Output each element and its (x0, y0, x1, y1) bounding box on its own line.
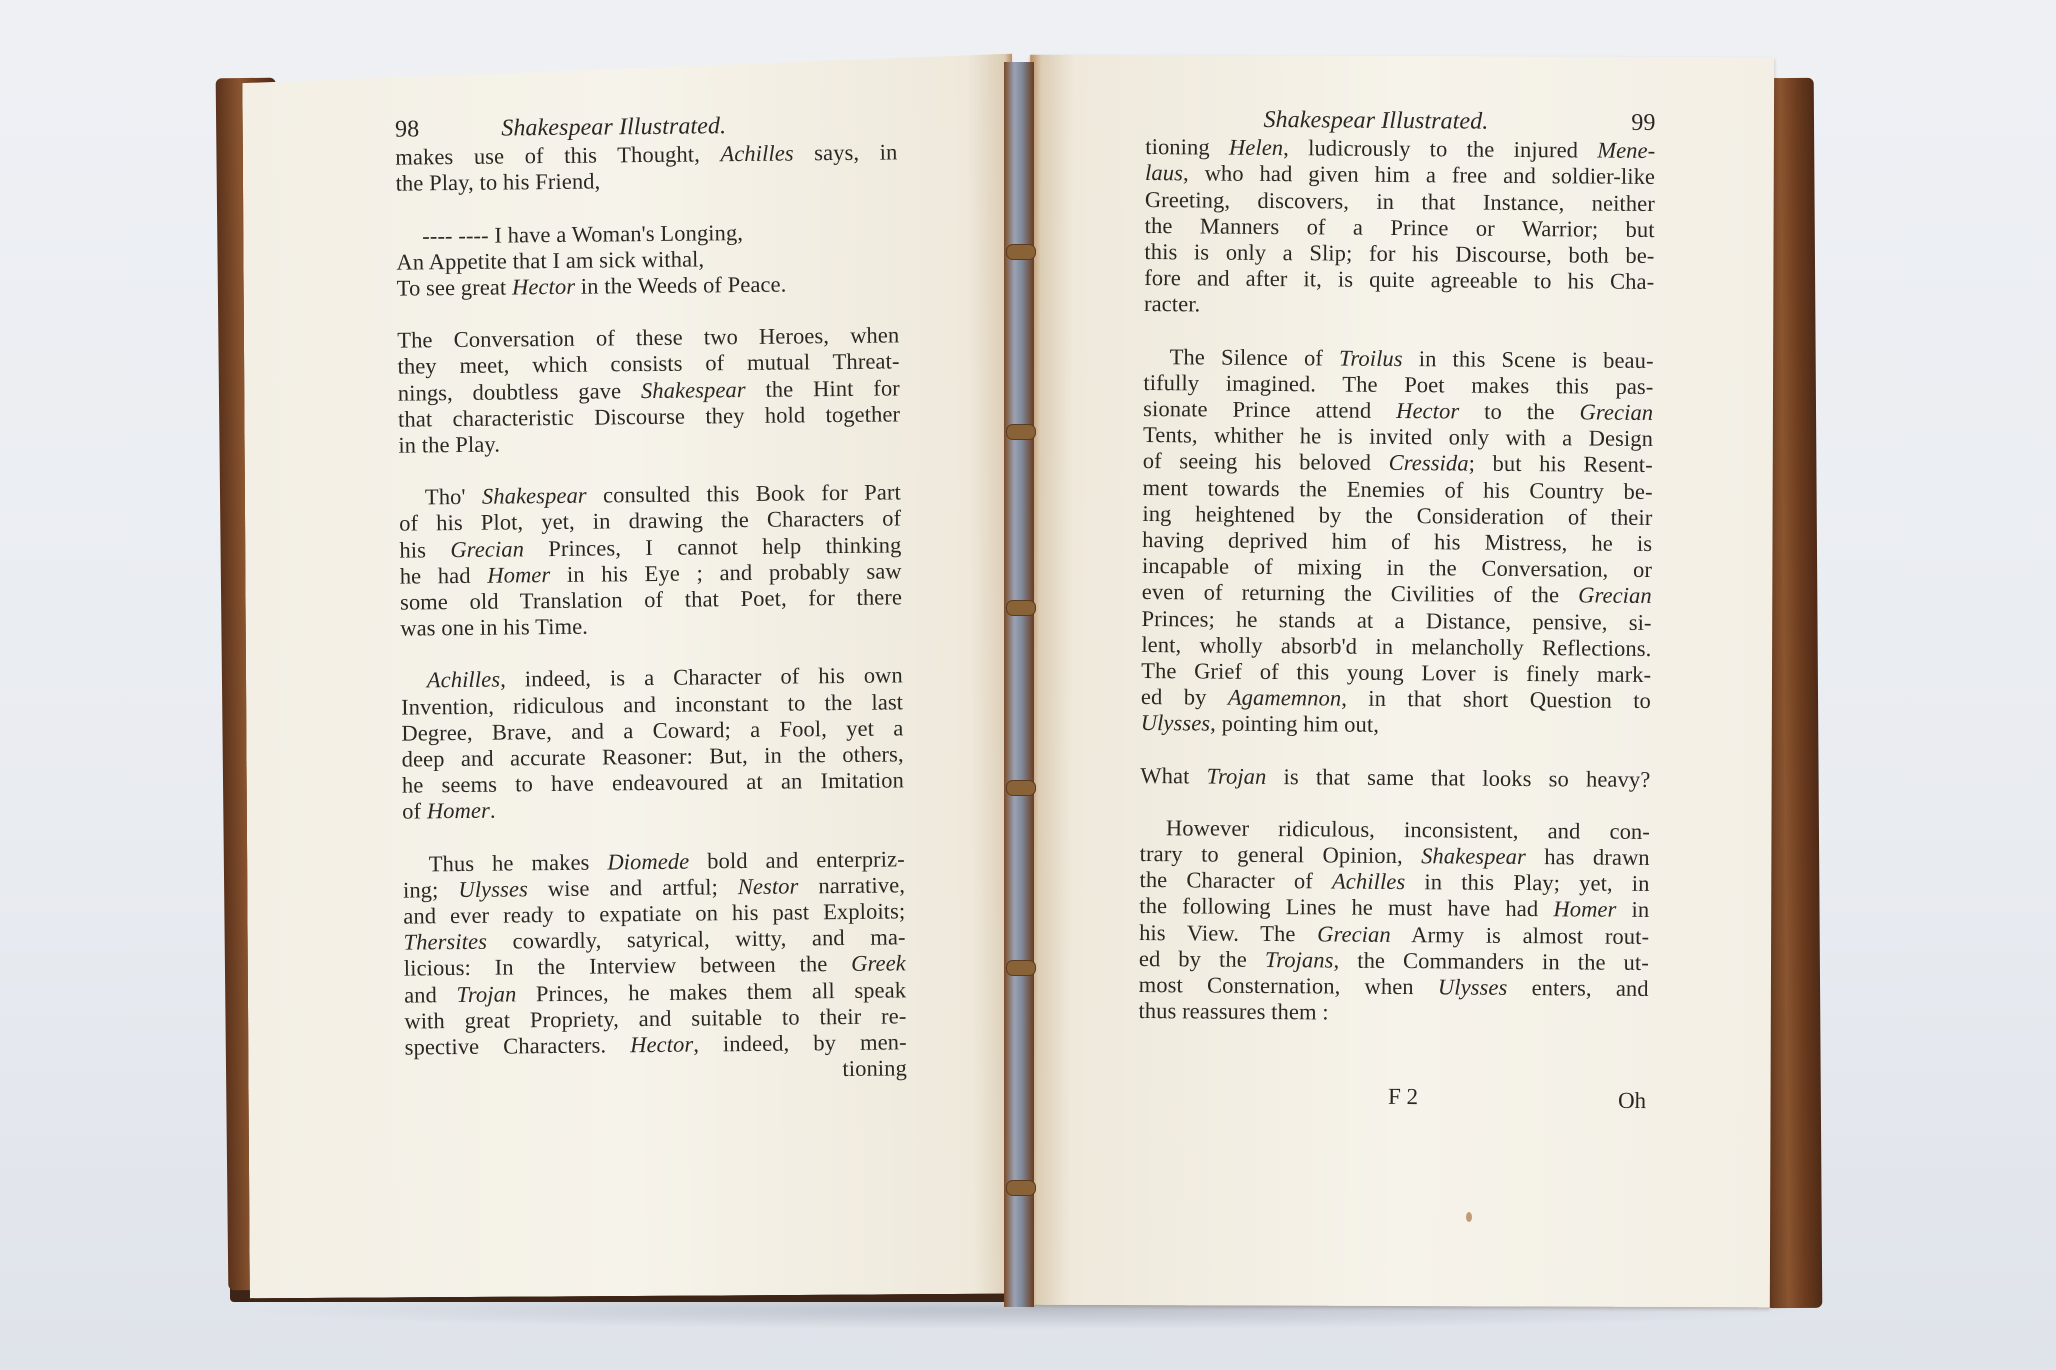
text-line: The Silence of Troilus in this Scene is … (1144, 344, 1654, 374)
binding-stitch (1006, 960, 1036, 976)
left-page-text: 98 Shakespear Illustrated. makes use of … (395, 111, 907, 1087)
text-line: sionate Prince attend Hector to the Grec… (1143, 396, 1653, 426)
binding-stitch (1006, 244, 1036, 260)
text-line: having deprived him of his Mistress, he … (1142, 527, 1652, 557)
running-title: Shakespear Illustrated. (501, 113, 726, 142)
text-line: laus, who had given him a free and soldi… (1145, 160, 1655, 190)
text-line: thus reassures them : (1138, 998, 1648, 1028)
text-line: Ulysses, pointing him out, (1141, 710, 1651, 740)
text-line: racter. (1144, 291, 1654, 321)
text-line: lent, wholly absorb'd in melancholly Ref… (1141, 632, 1651, 662)
paragraph-gap (1144, 318, 1654, 348)
paper-stain (1466, 1212, 1472, 1222)
text-line: ing heightened by the Consideration of t… (1142, 501, 1652, 531)
binding-stitch (1006, 424, 1036, 440)
text-line: the Manners of a Prince or Warrior; but (1145, 213, 1655, 243)
binding-stitch (1006, 600, 1036, 616)
right-page-text: Shakespear Illustrated. 99 tioning Helen… (1138, 106, 1655, 1028)
text-line: fore and after it, is quite agreeable to… (1144, 265, 1654, 295)
running-title: Shakespear Illustrated. (1263, 107, 1488, 135)
binding-stitch (1006, 780, 1036, 796)
text-line: the following Lines he must have had Hom… (1139, 893, 1649, 923)
page-number: 99 (1631, 110, 1655, 136)
right-page-header: Shakespear Illustrated. 99 (1145, 106, 1655, 136)
left-page-header: 98 Shakespear Illustrated. (395, 111, 897, 142)
text-line: ed by Agamemnon, in that short Question … (1141, 684, 1651, 714)
text-line: even of returning the Civilities of the … (1142, 579, 1652, 609)
text-line: tifully imagined. The Poet makes this pa… (1143, 370, 1653, 400)
text-line: his View. The Grecian Army is almost rou… (1139, 920, 1649, 950)
binding-stitch (1006, 1180, 1036, 1196)
text-line: However ridiculous, inconsistent, and co… (1140, 815, 1650, 845)
text-line: Tents, whither he is invited only with a… (1143, 422, 1653, 452)
text-line: this is only a Slip; for his Discourse, … (1144, 239, 1654, 269)
text-line: Princes; he stands at a Distance, pensiv… (1141, 606, 1651, 636)
text-line: that characteristic Discourse they hold … (398, 401, 900, 432)
paragraph-gap (1140, 789, 1650, 819)
text-line: some old Translation of that Poet, for t… (400, 584, 902, 615)
paragraph-gap (1140, 737, 1650, 767)
text-line: ed by the Trojans, the Commanders in the… (1139, 946, 1649, 976)
text-line: Greeting, discovers, in that Instance, n… (1145, 187, 1655, 217)
text-line: of seeing his beloved Cressida; but his … (1143, 448, 1653, 478)
text-line: tioning (405, 1056, 907, 1087)
page-number: 98 (395, 116, 419, 142)
catchword: Oh (1618, 1088, 1646, 1114)
text-line: incapable of mixing in the Conversation,… (1142, 553, 1652, 583)
text-line: the Character of Achilles in this Play; … (1139, 867, 1649, 897)
text-line: trary to general Opinion, Shakespear has… (1140, 841, 1650, 871)
text-line: most Consternation, when Ulysses enters,… (1139, 972, 1649, 1002)
left-page-body: makes use of this Thought, Achilles says… (395, 140, 907, 1088)
text-line: ment towards the Enemies of his Country … (1143, 475, 1653, 505)
text-line: tioning Helen, ludicrously to the injure… (1145, 134, 1655, 164)
right-page-body: tioning Helen, ludicrously to the injure… (1138, 134, 1655, 1028)
text-line: What Trojan is that same that looks so h… (1140, 763, 1650, 793)
text-line: The Grief of this young Lover is finely … (1141, 658, 1651, 688)
signature-mark: F 2 (1388, 1084, 1418, 1110)
